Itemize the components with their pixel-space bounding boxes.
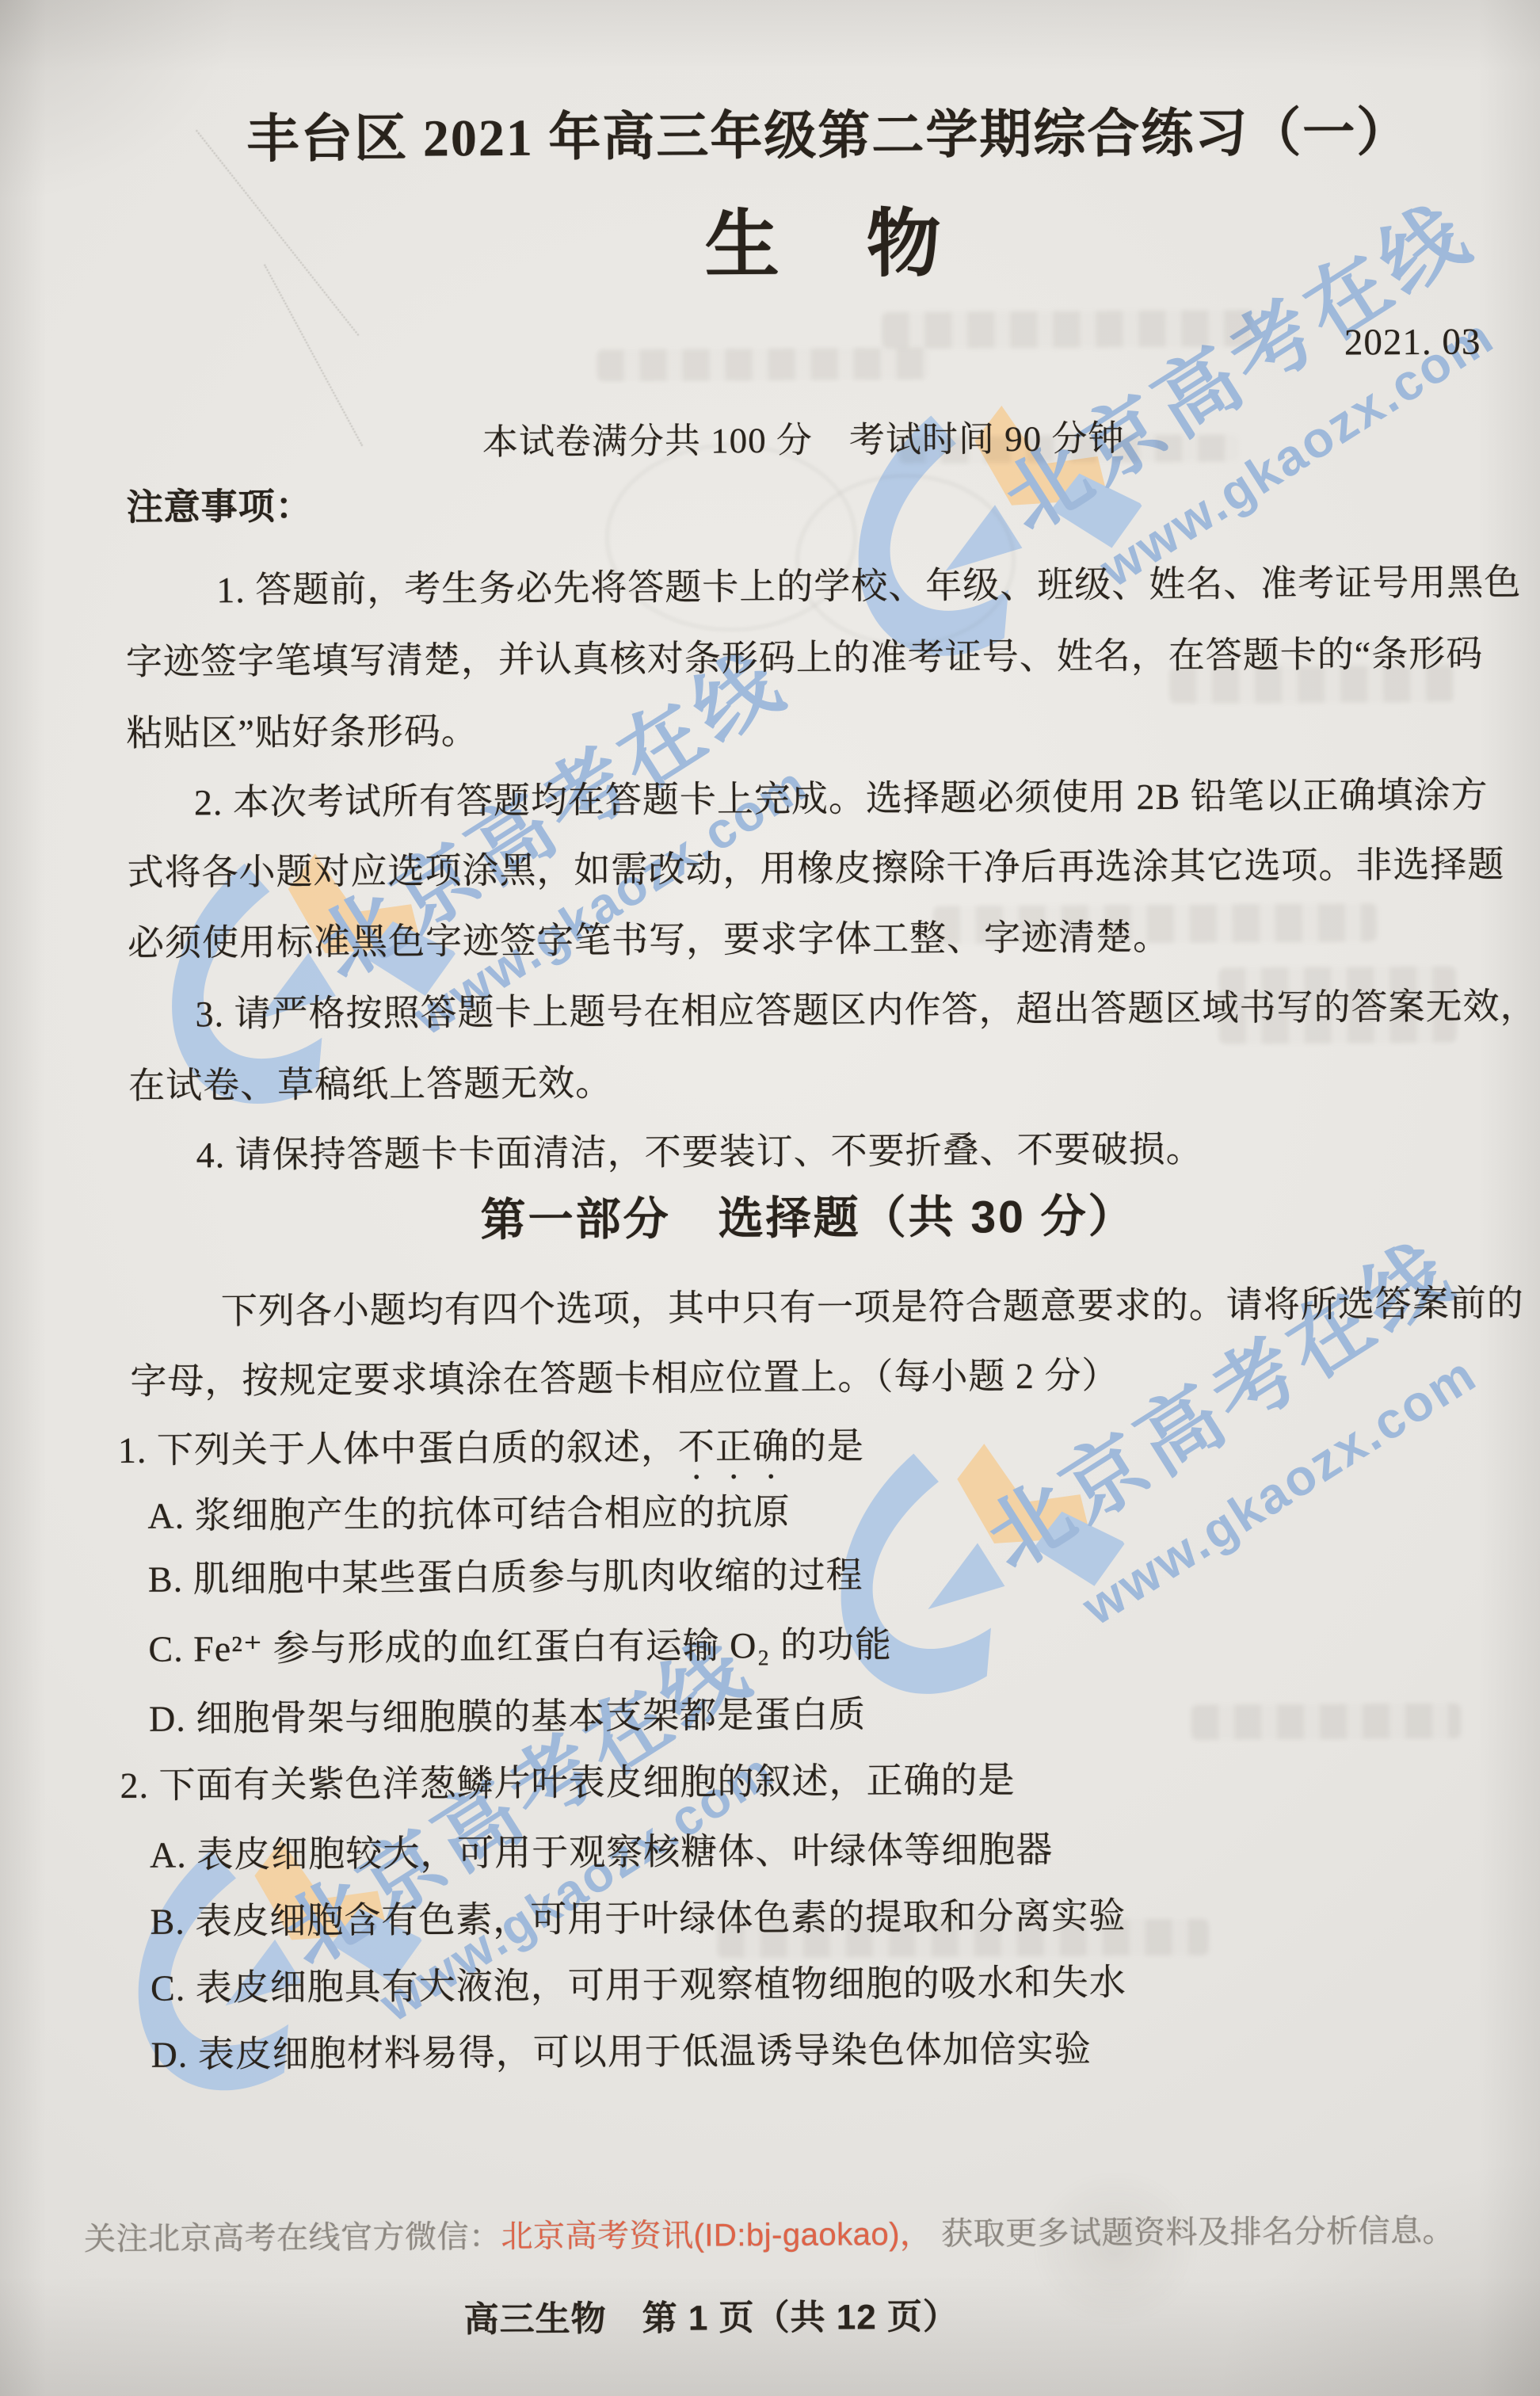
notice-heading: 注意事项： bbox=[126, 484, 312, 531]
question-1-stem-emphasis: 不正确 bbox=[678, 1426, 790, 1467]
scan-surface: 北京高考在线 www.gkaozx.com 北京高考在线 www.gkaozx.… bbox=[0, 0, 1540, 2396]
footer-promo-highlight: 北京高考资讯(ID:bj-gaokao)， bbox=[501, 2217, 932, 2254]
notice-paragraph-line: 4. 请保持答题卡卡面清洁，不要装订、不要折叠、不要破损。 bbox=[196, 1127, 1203, 1178]
exam-date: 2021. 03 bbox=[1344, 319, 1481, 366]
notice-paragraph-line: 在试卷、草稿纸上答题无效。 bbox=[128, 1060, 612, 1108]
subject-title: 生 物 bbox=[93, 195, 1540, 297]
notice-paragraph-line: 3. 请严格按照答题卡上题号在相应答题区内作答，超出答题区域书写的答案无效， bbox=[195, 983, 1537, 1037]
paper-title: 丰台区 2021 年高三年级第二学期综合练习（一） bbox=[97, 100, 1540, 174]
scanned-exam-page: { "watermark": { "brand": "北京高考在线", "url… bbox=[0, 0, 1540, 2396]
section-intro-line: 下列各小题均有四个选项，其中只有一项是符合题意要求的。请将所选答案前的 bbox=[221, 1280, 1524, 1334]
question-2-option-d: D. 表皮细胞材料易得，可以用于低温诱导染色体加倍实验 bbox=[151, 2027, 1092, 2078]
question-1-option-a: A. 浆细胞产生的抗体可结合相应的抗原 bbox=[147, 1490, 791, 1539]
question-2-stem: 2. 下面有关紫色洋葱鳞片叶表皮细胞的叙述，正确的是 bbox=[120, 1757, 1015, 1808]
notice-paragraph-line: 式将各小题对应选项涂黑，如需改动，用橡皮擦除干净后再选涂其它选项。非选择题 bbox=[127, 841, 1504, 895]
notice-paragraph-line: 2. 本次考试所有答题均在答题卡上完成。选择题必须使用 2B 铅笔以正确填涂方 bbox=[194, 772, 1489, 825]
printed-text-layer: 丰台区 2021 年高三年级第二学期综合练习（一） 生 物 2021. 03 本… bbox=[0, 0, 1540, 2396]
notice-paragraph-line: 1. 答题前，考生务必先将答题卡上的学校、年级、班级、姓名、准考证号用黑色 bbox=[216, 559, 1521, 613]
question-1-stem: 1. 下列关于人体中蛋白质的叙述，不正确的是 bbox=[118, 1423, 864, 1490]
footer-promo: 关注北京高考在线官方微信：北京高考资讯(ID:bj-gaokao)， 获取更多试… bbox=[84, 2211, 1454, 2260]
notice-paragraph-line: 字迹签字笔填写清楚，并认真核对条形码上的准考证号、姓名，在答题卡的“条形码 bbox=[126, 631, 1484, 685]
question-1-option-d: D. 细胞骨架与细胞膜的基本支架都是蛋白质 bbox=[149, 1692, 867, 1742]
question-1-stem-prefix: 1. 下列关于人体中蛋白质的叙述， bbox=[118, 1427, 678, 1471]
question-2-option-c: C. 表皮细胞具有大液泡，可用于观察植物细胞的吸水和失水 bbox=[151, 1959, 1126, 2011]
footer-promo-prefix: 关注北京高考在线官方微信： bbox=[84, 2219, 501, 2257]
section-intro-line: 字母，按规定要求填涂在答题卡相应位置上。（每小题 2 分） bbox=[130, 1353, 1119, 1404]
section-heading: 第一部分 选择题（共 30 分） bbox=[76, 1186, 1540, 1252]
question-1-option-c: C. Fe²⁺ 参与形成的血红蛋白有运输 O₂ 的功能 bbox=[148, 1622, 892, 1672]
question-2-option-b: B. 表皮细胞含有色素，可用于叶绿体色素的提取和分离实验 bbox=[150, 1893, 1126, 1944]
question-2-option-a: A. 表皮细胞较大，可用于观察核糖体、叶绿体等细胞器 bbox=[150, 1827, 1054, 1878]
exam-info: 本试卷满分共 100 分 考试时间 90 分钟 bbox=[71, 414, 1535, 467]
footer-promo-suffix: 获取更多试题资料及排名分析信息。 bbox=[932, 2214, 1454, 2252]
notice-paragraph-line: 粘贴区”贴好条形码。 bbox=[126, 708, 478, 756]
question-1-option-b: B. 肌细胞中某些蛋白质参与肌肉收缩的过程 bbox=[148, 1552, 863, 1602]
notice-paragraph-line: 必须使用标准黑色字迹签字笔书写，要求字体工整、字迹清楚。 bbox=[128, 914, 1170, 967]
question-1-stem-suffix: 的是 bbox=[790, 1425, 864, 1467]
page-number: 高三生物 第 1 页（共 12 页） bbox=[463, 2295, 959, 2342]
